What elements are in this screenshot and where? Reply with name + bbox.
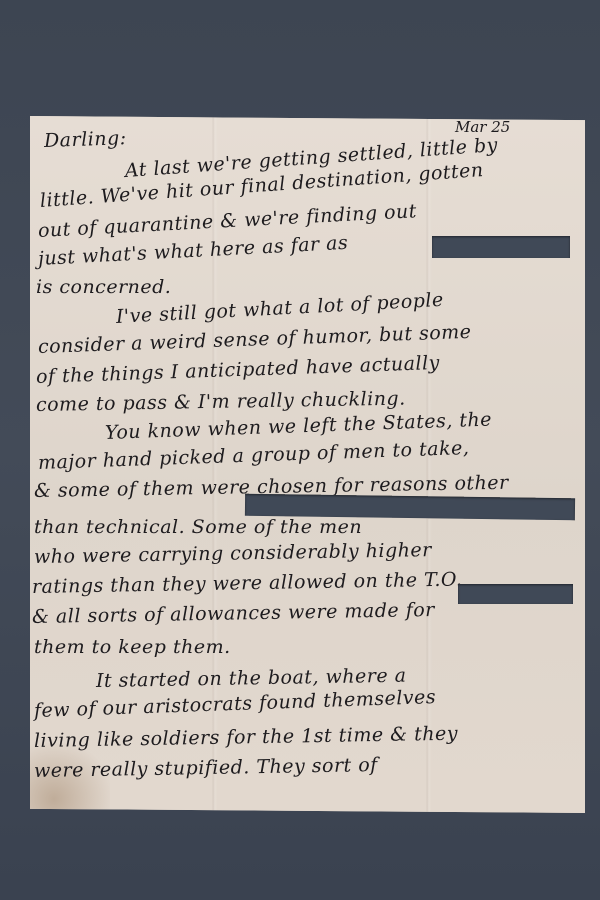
- letter-line-11: major hand picked a group of men to take…: [38, 437, 470, 474]
- letter-date: Mar 25: [455, 118, 510, 136]
- redaction-bar-3: [458, 584, 573, 604]
- letter-page: Mar 25 Darling: At last we're getting se…: [30, 116, 585, 813]
- letter-line-17: them to keep them.: [34, 636, 231, 658]
- letter-line-19: few of our aristocrats found themselves: [34, 686, 437, 722]
- letter-line-9: come to pass & I'm really chuckling.: [36, 388, 406, 416]
- letter-line-13: than technical. Some of the men: [34, 516, 362, 538]
- letter-line-21: were really stupified. They sort of: [34, 754, 378, 782]
- letter-line-8: of the things I anticipated have actuall…: [36, 352, 441, 388]
- redaction-bar-1: [432, 236, 570, 258]
- letter-line-20: living like soldiers for the 1st time & …: [34, 723, 458, 752]
- letter-line-5: is concerned.: [36, 276, 171, 298]
- salutation: Darling:: [44, 127, 127, 152]
- letter-line-16: & all sorts of allowances were made for: [32, 599, 435, 628]
- letter-line-14: who were carrying considerably higher: [34, 539, 432, 568]
- letter-line-15: ratings than they were allowed on the T.…: [32, 568, 463, 598]
